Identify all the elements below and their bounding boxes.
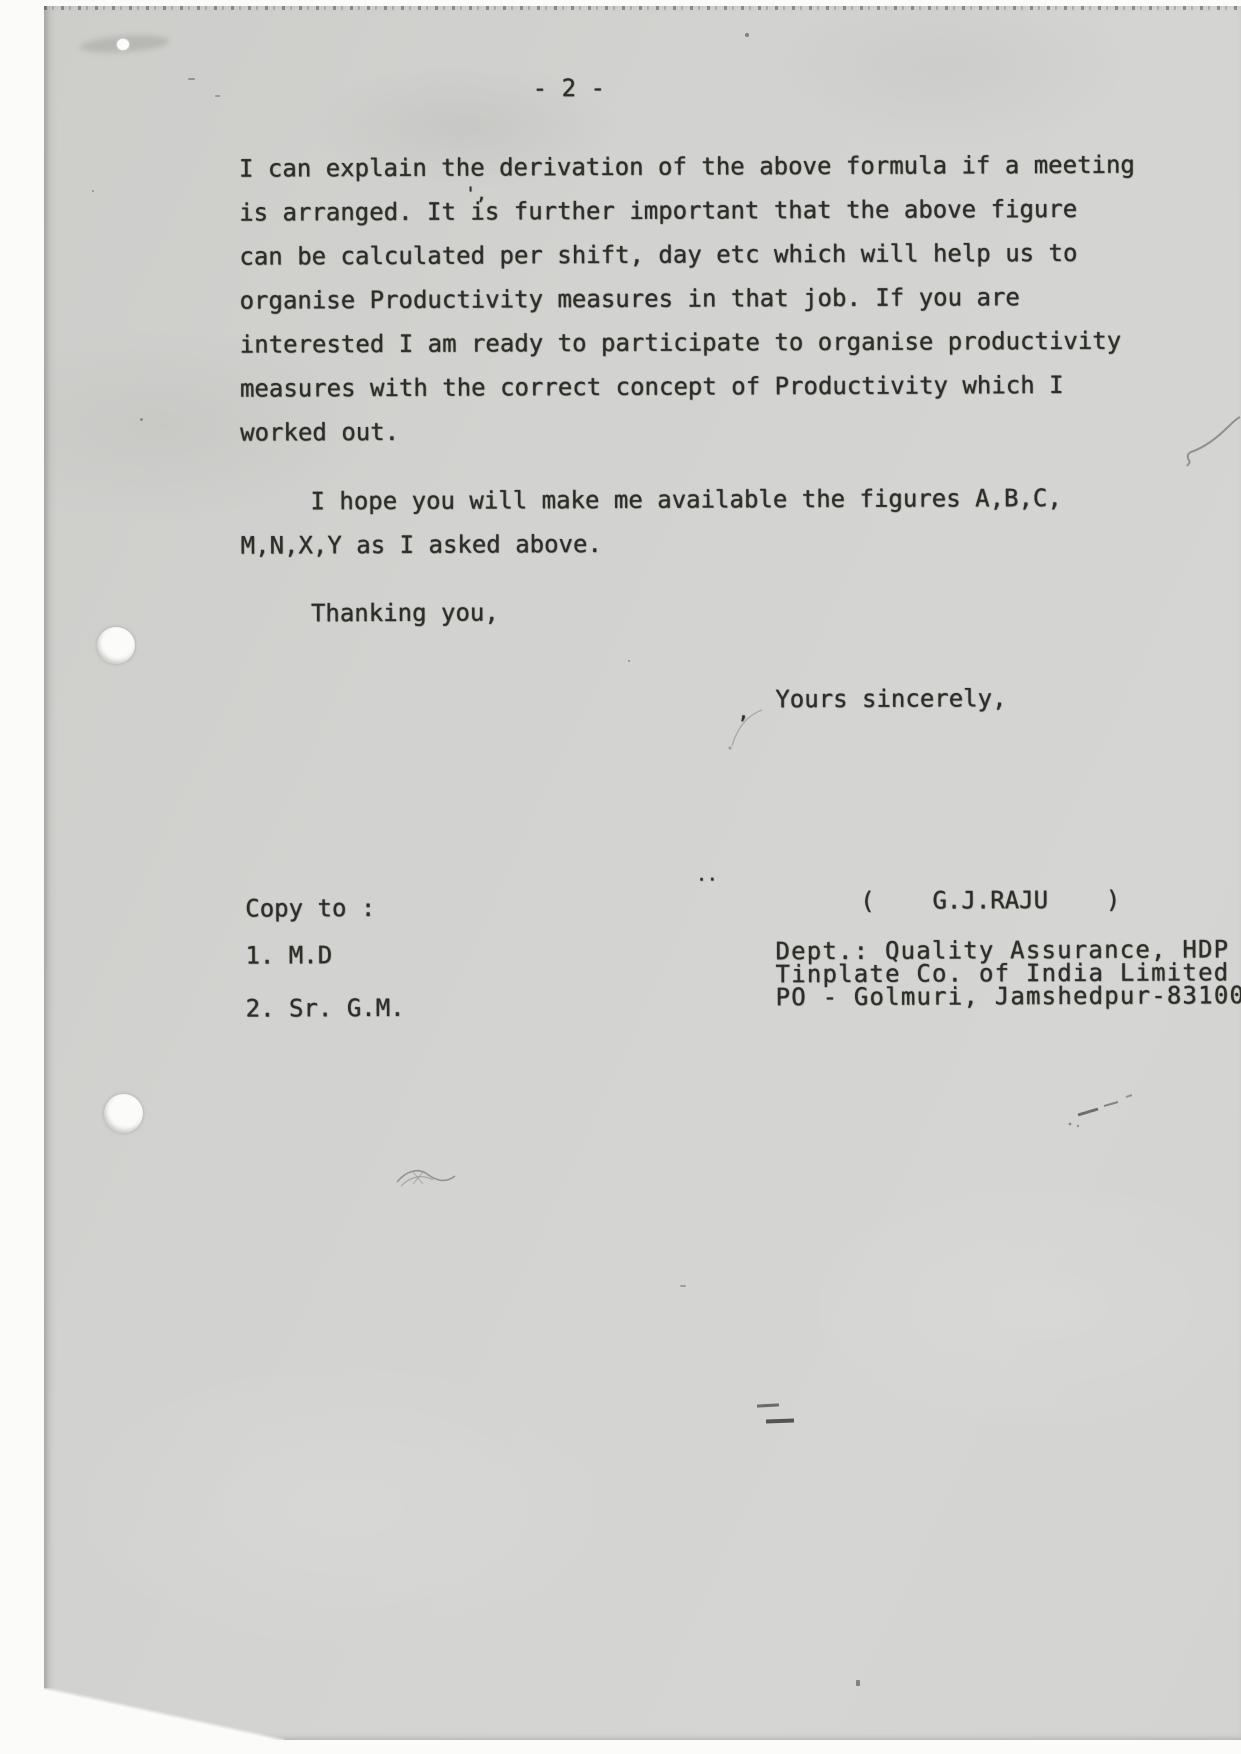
scanned-letter-page: - 2 - I can explain the derivation of th… bbox=[0, 0, 1241, 1754]
copy-to-label: Copy to : bbox=[245, 894, 375, 923]
speck bbox=[140, 418, 143, 421]
page-number: - 2 - bbox=[533, 74, 605, 102]
body-line: I can explain the derivation of the abov… bbox=[239, 151, 1135, 183]
thanking-line: Thanking you, bbox=[311, 598, 499, 627]
pencil-scribble bbox=[393, 1160, 459, 1194]
closing-line: Yours sincerely, bbox=[775, 684, 1006, 713]
speck bbox=[856, 1680, 860, 1686]
pencil-hook-curve bbox=[1180, 408, 1241, 470]
speck bbox=[680, 1285, 686, 1287]
speck bbox=[745, 33, 749, 37]
copy-item: 2. Sr. G.M. bbox=[246, 994, 405, 1023]
body-line: is arranged. It is further important tha… bbox=[239, 195, 1077, 227]
body-line: M,N,X,Y as I asked above. bbox=[241, 530, 602, 560]
speck bbox=[188, 78, 195, 80]
body-line: I hope you will make me available the fi… bbox=[310, 484, 1061, 515]
signatory-name: ( G.J.RAJU ) bbox=[860, 886, 1120, 915]
body-line: can be calculated per shift, day etc whi… bbox=[239, 239, 1077, 271]
speck bbox=[92, 190, 94, 192]
copy-item: 1. M.D bbox=[245, 941, 332, 969]
body-line: interested I am ready to participate to … bbox=[240, 327, 1122, 359]
pencil-faint-arc bbox=[718, 702, 770, 754]
stray-mark-quotes: ', bbox=[465, 180, 487, 208]
body-line: measures with the correct concept of Pro… bbox=[240, 371, 1064, 403]
body-line: worked out. bbox=[240, 418, 399, 447]
typewritten-text-layer: - 2 - I can explain the derivation of th… bbox=[0, 0, 1241, 1754]
speck bbox=[215, 95, 220, 97]
body-line: organise Productivity measures in that j… bbox=[240, 283, 1020, 314]
signature-address: PO - Golmuri, Jamshedpur-83100 bbox=[776, 981, 1241, 1011]
speck bbox=[628, 660, 630, 662]
pencil-dashed-mark bbox=[1058, 1083, 1148, 1133]
stray-mark-dots: .. bbox=[696, 861, 718, 889]
